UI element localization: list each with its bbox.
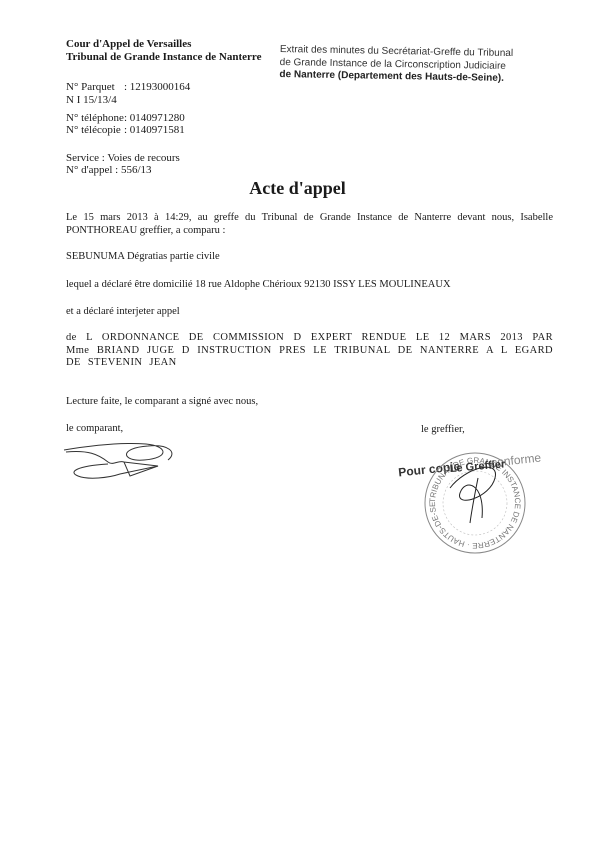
- comparant-label: le comparant,: [66, 423, 123, 436]
- stamp-greffier: Le Greffier: [449, 458, 506, 475]
- declaration: et a déclaré interjeter appel: [66, 306, 180, 319]
- greffier-label: le greffier,: [421, 424, 465, 437]
- parquet-row: N° Parquet: 12193000164: [66, 81, 190, 94]
- tribunal-seal: TRIBUNAL DE GRANDE INSTANCE DE NANTERRE …: [420, 448, 530, 558]
- domicile: lequel a déclaré être domicilié 18 rue A…: [66, 279, 451, 292]
- parquet-value: : 12193000164: [124, 81, 190, 93]
- parquet-label: N° Parquet: [66, 81, 124, 94]
- telecopie-value: : 0140971581: [124, 124, 185, 136]
- intro-paragraph: Le 15 mars 2013 à 14:29, au greffe du Tr…: [66, 212, 553, 237]
- telecopie-label: N° télécopie: [66, 124, 124, 137]
- telephone-row: N° téléphone: 0140971280: [66, 112, 185, 125]
- court-header: Cour d'Appel de Versailles Tribunal de G…: [66, 38, 261, 64]
- tribunal-name: Tribunal de Grande Instance de Nanterre: [66, 51, 261, 64]
- ni-number: N I 15/13/4: [66, 94, 117, 107]
- appel-number: N° d'appel : 556/13: [66, 164, 152, 177]
- court-name: Cour d'Appel de Versailles: [66, 38, 261, 51]
- document-title: Acte d'appel: [0, 178, 595, 199]
- extract-stamp: Extrait des minutes du Secrétariat-Greff…: [279, 44, 513, 86]
- appellant: SEBUNUMA Dégratias partie civile: [66, 251, 220, 264]
- telephone-value: : 0140971280: [124, 112, 185, 124]
- extract-line-3: de Nanterre (Departement des Hauts-de-Se…: [279, 69, 512, 86]
- decision-paragraph: de L ORDONNANCE DE COMMISSION D EXPERT R…: [66, 332, 553, 370]
- comparant-signature: [58, 438, 198, 488]
- telecopie-row: N° télécopie: 0140971581: [66, 124, 185, 137]
- telephone-label: N° téléphone: [66, 112, 124, 125]
- service: Service : Voies de recours: [66, 152, 180, 165]
- reading-statement: Lecture faite, le comparant a signé avec…: [66, 396, 258, 409]
